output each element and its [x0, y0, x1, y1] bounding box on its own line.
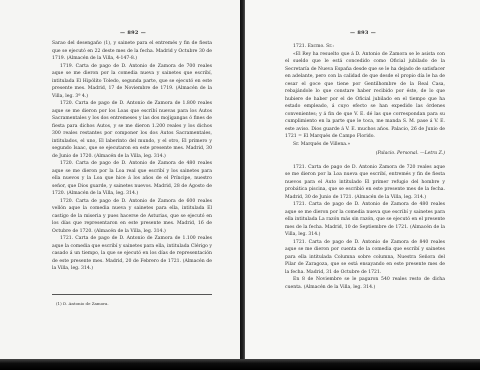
page-body: 1721. Excmo. Sr.: «El Rey ha resuelto qu… [285, 43, 445, 291]
paragraph: 1721. Carta de pago de D. Antonio Zamora… [285, 164, 445, 202]
page-body: Sarao del desengaño (1), y sainete para … [52, 40, 212, 273]
paragraph: 1721. Carta de pago de D. Antonio de Zam… [285, 201, 445, 239]
page-number: — 892 — [120, 30, 146, 36]
paragraph: 1721. Excmo. Sr.: [285, 43, 445, 51]
paragraph: 1719. Carta de pago de D. Antonio de Zam… [52, 63, 212, 101]
source-citation: (Palacio. Personal. —Letra Z.) [285, 150, 445, 158]
paragraph: «El Rey ha resuelto que á D. Antonio de … [285, 51, 445, 141]
paragraph: 1720. Carta de pago de D. Antonio de Zam… [52, 198, 212, 236]
paragraph: 1721. Carta de pago de D. Antonio de Zam… [52, 235, 212, 273]
page-number: — 893 — [350, 30, 376, 36]
book-gutter [240, 0, 245, 370]
footnote-divider [52, 294, 212, 295]
book-spread: — 892 — Sarao del desengaño (1), y saine… [0, 0, 480, 370]
paragraph: Sarao del desengaño (1), y sainete para … [52, 40, 212, 63]
paragraph: 1720. Carta de pago de D. Antonio de Zam… [52, 100, 212, 160]
right-page: — 893 — 1721. Excmo. Sr.: «El Rey ha res… [242, 0, 480, 360]
paragraph: En 8 de Noviembre se le pagaron 540 real… [285, 276, 445, 291]
scan-bottom-edge [0, 359, 480, 370]
paragraph: 1720. Carta de pago de D. Antonio de Zam… [52, 160, 212, 198]
paragraph: 1721. Carta de pago de D. Antonio de Zam… [285, 239, 445, 277]
footnote: (1) D. Antonio de Zamora. [56, 301, 109, 306]
left-page: — 892 — Sarao del desengaño (1), y saine… [0, 0, 242, 360]
paragraph: Sr. Marqués de Villena.» [285, 141, 445, 149]
